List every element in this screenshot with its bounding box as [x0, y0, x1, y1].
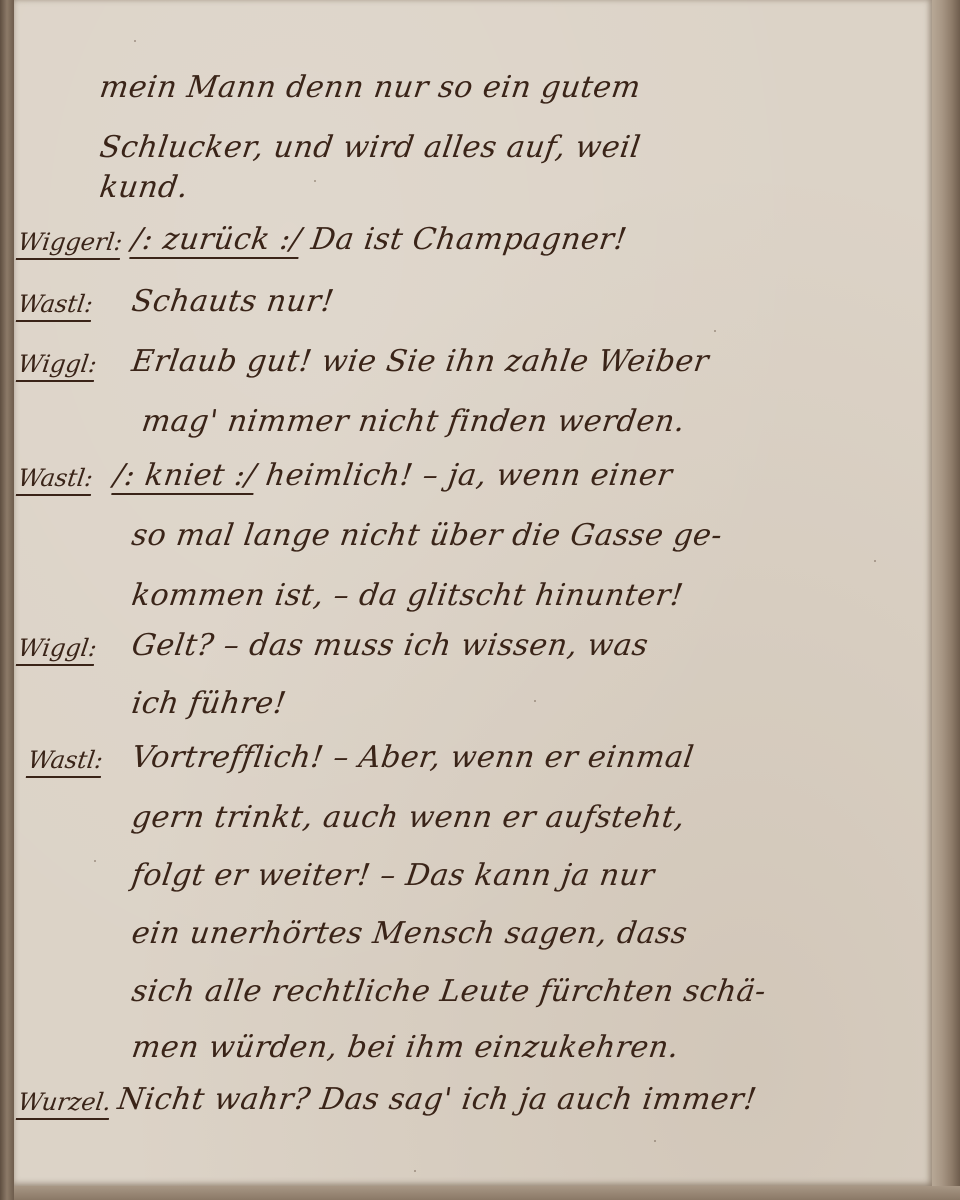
paper-speck — [534, 700, 536, 702]
manuscript-line-17: sich alle rechtliche Leute fürchten schä… — [130, 974, 769, 1009]
manuscript-line-10: kommen ist, – da glitscht hinunter! — [130, 578, 686, 613]
speaker-label: Wastl: — [26, 746, 105, 778]
manuscript-line-2: Schlucker, und wird alles auf, weil — [98, 130, 643, 165]
manuscript-line-5: Schauts nur! — [130, 284, 337, 319]
paper-speck — [94, 860, 96, 862]
speaker-label: Wurzel. — [16, 1088, 113, 1120]
paper-speck — [414, 1170, 416, 1172]
stage-direction: /: zurück :/ — [129, 222, 303, 259]
manuscript-line-4: /: zurück :/ Da ist Champagner! — [130, 222, 630, 257]
page-edge-right — [932, 0, 960, 1200]
page-edge-bottom — [14, 1186, 960, 1200]
speaker-label: Wiggl: — [16, 634, 99, 666]
book-binding-left — [0, 0, 14, 1200]
manuscript-line-1: mein Mann denn nur so ein gutem — [98, 70, 643, 105]
manuscript-line-14: gern trinkt, auch wenn er aufsteht, — [130, 800, 688, 835]
paper-speck — [314, 180, 316, 182]
manuscript-line-16: ein unerhörtes Mensch sagen, dass — [130, 916, 690, 951]
manuscript-line-3: kund. — [98, 170, 191, 205]
paper-speck — [874, 560, 876, 562]
dialogue-text: heimlich! – ja, wenn einer — [263, 458, 674, 493]
manuscript-scan: mein Mann denn nur so ein gutem Schlucke… — [0, 0, 960, 1200]
manuscript-line-12: ich führe! — [130, 686, 289, 721]
speaker-label: Wiggerl: — [16, 228, 125, 260]
paper-speck — [134, 40, 136, 42]
manuscript-line-9: so mal lange nicht über die Gasse ge- — [130, 518, 725, 553]
manuscript-page: mein Mann denn nur so ein gutem Schlucke… — [14, 0, 932, 1186]
manuscript-line-6: Erlaub gut! wie Sie ihn zahle Weiber — [130, 344, 712, 379]
paper-speck — [654, 1140, 656, 1142]
paper-speck — [714, 330, 716, 332]
speaker-label: Wastl: — [16, 464, 95, 496]
dialogue-text: Da ist Champagner! — [309, 222, 629, 257]
manuscript-line-19: Nicht wahr? Das sag' ich ja auch immer! — [116, 1082, 759, 1117]
manuscript-line-8: /: kniet :/ heimlich! – ja, wenn einer — [112, 458, 675, 493]
manuscript-line-11: Gelt? – das muss ich wissen, was — [130, 628, 651, 663]
manuscript-line-13: Vortrefflich! – Aber, wenn er einmal — [130, 740, 697, 775]
speaker-label: Wastl: — [16, 290, 95, 322]
stage-direction: /: kniet :/ — [111, 458, 258, 495]
manuscript-line-18: men würden, bei ihm einzukehren. — [130, 1030, 682, 1065]
manuscript-line-7: mag' nimmer nicht finden werden. — [140, 404, 688, 439]
speaker-label: Wiggl: — [16, 350, 99, 382]
manuscript-line-15: folgt er weiter! – Das kann ja nur — [130, 858, 657, 893]
